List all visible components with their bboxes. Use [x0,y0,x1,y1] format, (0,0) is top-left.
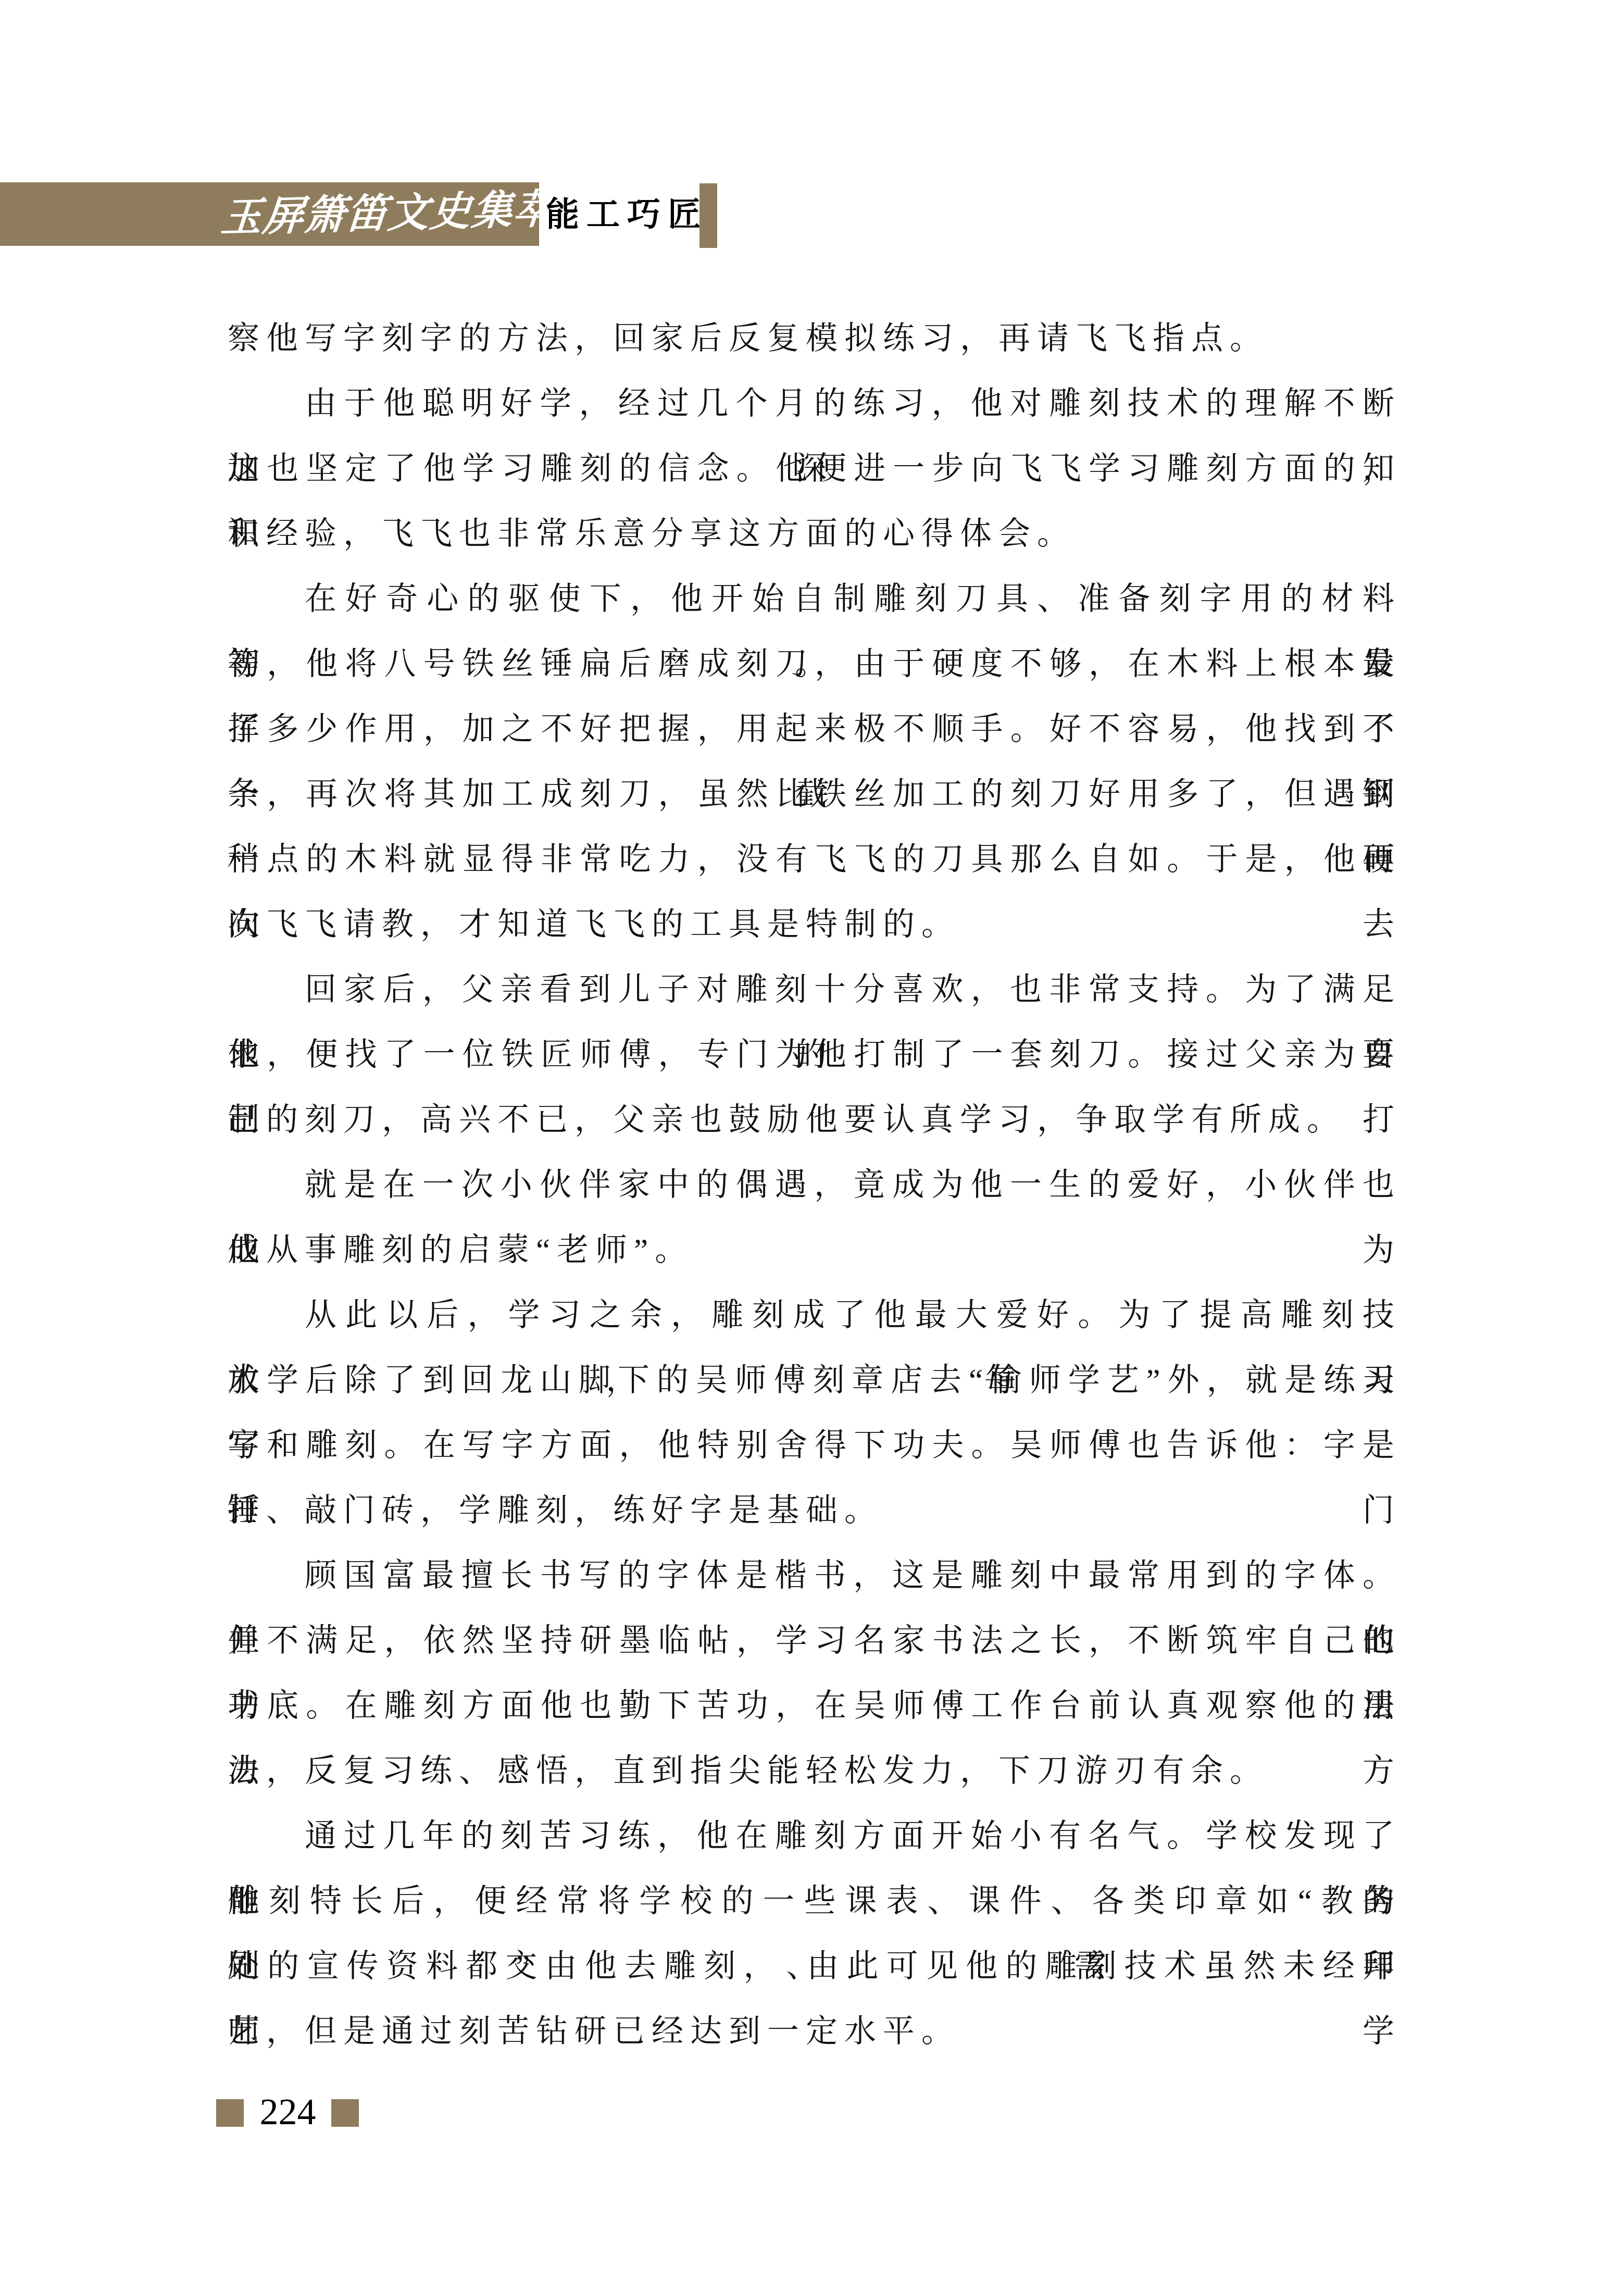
header-band-end-mark [699,183,717,248]
text-line: 在好奇心的驱使下，他开始自制雕刻刀具、准备刻字用的材料等。最 [228,567,1401,632]
text-line: 放学后除了到回龙山脚下的吴师傅刻章店去“偷师学艺”外，就是练习写 [228,1348,1401,1413]
text-line: 初，他将八号铁丝锤扁后磨成刻刀，由于硬度不够，在木料上根本发挥不 [228,632,1401,697]
text-line: 通过几年的刻苦习练，他在雕刻方面开始小有名气。学校发现了他的 [228,1804,1401,1869]
text-line: 法，反复习练、感悟，直到指尖能轻松发力，下刀游刃有余。 [228,1739,1401,1804]
text-line: 求，便找了一位铁匠师傅，专门为他打制了一套刻刀。接过父亲为自己打 [228,1023,1401,1088]
text-line: 回家后，父亲看到儿子对雕刻十分喜欢，也非常支持。为了满足他的要 [228,957,1401,1023]
text-line: 并不满足，依然坚持研墨临帖，学习名家书法之长，不断筑牢自己的书法 [228,1609,1401,1674]
text-line: 由于他聪明好学，经过几个月的练习，他对雕刻技术的理解不断加深， [228,371,1401,437]
book-page: 玉屏箫笛文史集萃 能工巧匠 察他写字刻字的方法，回家后反复模拟练习，再请飞飞指点… [0,0,1624,2269]
section-title: 能工巧匠 [546,183,708,246]
text-line: 察他写字刻字的方法，回家后反复模拟练习，再请飞飞指点。 [228,306,1401,371]
body-text: 察他写字刻字的方法，回家后反复模拟练习，再请飞飞指点。由于他聪明好学，经过几个月… [228,306,1401,2064]
footer-right-square [331,2099,359,2127]
text-line: 一点的木料就显得非常吃力，没有飞飞的刀具那么自如。于是，他再次去 [228,827,1401,892]
text-line: 制的刻刀，高兴不已，父亲也鼓励他要认真学习，争取学有所成。 [228,1088,1401,1153]
text-line: 条，再次将其加工成刻刀，虽然比铁丝加工的刻刀好用多了，但遇到稍硬 [228,762,1401,827]
text-line: 就是在一次小伙伴家中的偶遇，竟成为他一生的爱好，小伙伴也成为 [228,1153,1401,1218]
text-line: 雕刻特长后，便经常将学校的一些课表、课件、各类印章如“教务处”、需印 [228,1869,1401,1934]
page-number: 224 [250,2088,326,2136]
footer-left-square [216,2099,244,2127]
text-line: 和经验，飞飞也非常乐意分享这方面的心得体会。 [228,502,1401,567]
text-line: 字和雕刻。在写字方面，他特别舍得下功夫。吴师傅也告诉他：字是打门 [228,1413,1401,1478]
series-title-calligraphy: 玉屏箫笛文史集萃 [219,182,526,245]
text-line: 这也坚定了他学习雕刻的信念。他便进一步向飞飞学习雕刻方面的知识 [228,437,1401,502]
text-line: 顾国富最擅长书写的字体是楷书，这是雕刻中最常用到的字体。但他 [228,1543,1401,1609]
text-line: 从此以后，学习之余，雕刻成了他最大爱好。为了提高雕刻技术，每天 [228,1283,1401,1348]
text-line: 功底。在雕刻方面他也勤下苦功，在吴师傅工作台前认真观察他的用力方 [228,1674,1401,1739]
text-line: 了多少作用，加之不好把握，用起来极不顺手。好不容易，他找到了一截钢 [228,697,1401,762]
text-line: 刷的宣传资料都交由他去雕刻， 由此可见他的雕刻技术虽然未经拜师学 [228,1934,1401,1999]
